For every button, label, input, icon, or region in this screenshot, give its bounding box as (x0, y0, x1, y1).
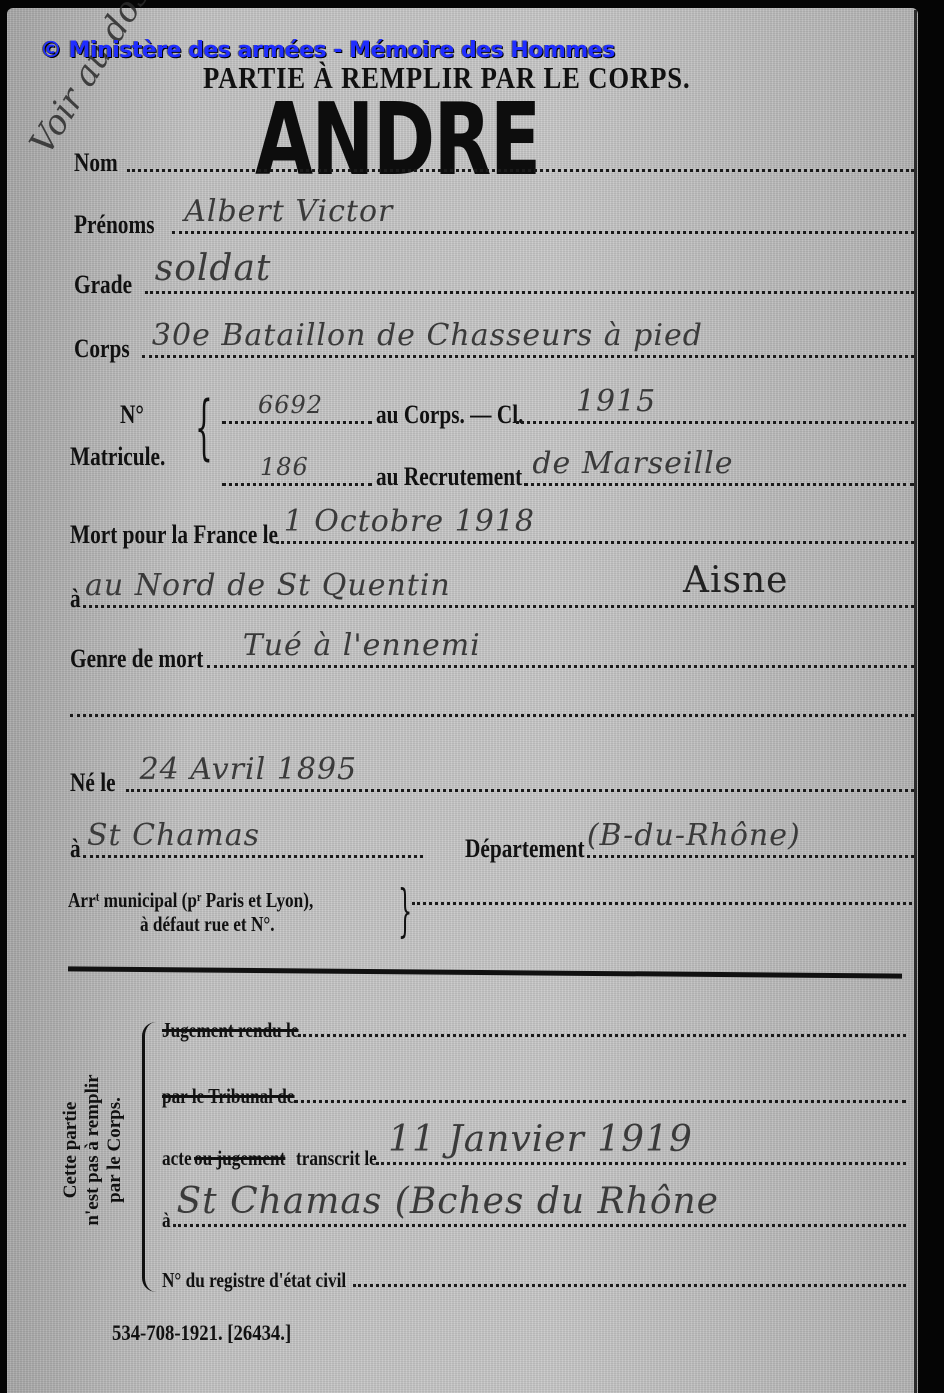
naissance-date-label: Né le (70, 770, 116, 796)
classe-value: 1915 (576, 384, 656, 419)
acte-lieu-label: à (162, 1210, 171, 1231)
nom-label: Nom (74, 150, 118, 176)
tribunal-field (294, 1100, 906, 1103)
departement-label: Département (465, 836, 585, 862)
nom-row: Nom (74, 150, 914, 176)
matricule-recrutement-row: 186 au Recrutement de Marseille (222, 464, 914, 490)
acte-row: acte ou jugement transcrit le 11 Janvier… (162, 1148, 906, 1169)
mort-lieu-value: au Nord de St Quentin (85, 568, 451, 603)
genre-mort-field: Tué à l'ennemi (207, 665, 914, 668)
side-note-line-3: par le Corps. (104, 1060, 126, 1240)
tribunal-row: par le Tribunal de (162, 1086, 906, 1107)
recrutement-place-field: de Marseille (524, 483, 914, 486)
side-note-line-2: n'est pas à remplir (82, 1060, 104, 1240)
naissance-lieu-value: St Chamas (87, 818, 260, 853)
matricule-label-top: N° (120, 402, 144, 428)
recrutement-place-value: de Marseille (532, 446, 733, 481)
acte-field: 11 Janvier 1919 (376, 1162, 906, 1165)
jugement-field (298, 1034, 906, 1037)
naissance-lieu-field: St Chamas (83, 855, 423, 858)
card-edge (914, 10, 917, 1393)
matricule-brace: { (195, 392, 213, 462)
acte-lieu-row: à St Chamas (Bches du Rhône (162, 1210, 906, 1231)
acte-value: 11 Janvier 1919 (388, 1119, 693, 1160)
naissance-date-row: Né le 24 Avril 1895 (70, 770, 914, 796)
genre-mort-label: Genre de mort (70, 646, 203, 672)
mort-date-row: Mort pour la France le 1 Octobre 1918 (70, 522, 914, 548)
genre-mort-value: Tué à l'ennemi (243, 628, 481, 663)
grade-value: soldat (155, 248, 272, 289)
recrutement-number-value: 186 (260, 453, 309, 481)
corps-number-field: 6692 (222, 421, 372, 424)
corps-number-value: 6692 (258, 391, 323, 419)
grade-label: Grade (74, 272, 132, 298)
matricule-label-bottom: Matricule. (70, 444, 165, 470)
mort-lieu-departement: Aisne (683, 560, 788, 601)
naissance-date-value: 24 Avril 1895 (140, 752, 358, 787)
prenoms-row: Prénoms Albert Victor (74, 212, 914, 238)
prenoms-value: Albert Victor (184, 194, 393, 229)
departement-value: (B-du-Rhône) (587, 818, 801, 853)
naissance-date-field: 24 Avril 1895 (126, 789, 914, 792)
recrutement-label: au Recrutement (376, 464, 522, 490)
mort-date-label: Mort pour la France le (70, 522, 278, 548)
jugement-row: Jugement rendu le (162, 1020, 906, 1041)
mort-lieu-row: à au Nord de St Quentin Aisne (70, 586, 914, 612)
mort-date-value: 1 Octobre 1918 (284, 504, 535, 539)
arrondissement-brace: } (398, 884, 412, 940)
acte-label-1: acte (162, 1148, 192, 1169)
departement-field: (B-du-Rhône) (587, 855, 914, 858)
registre-row: N° du registre d'état civil (162, 1270, 906, 1291)
recrutement-number-field: 186 (222, 483, 372, 486)
acte-label-3: transcrit le (296, 1148, 377, 1169)
naissance-lieu-label: à (70, 836, 81, 862)
registre-field (353, 1284, 906, 1287)
mort-date-field: 1 Octobre 1918 (276, 541, 914, 544)
tribunal-label: par le Tribunal de (162, 1086, 295, 1107)
grade-field: soldat (145, 291, 914, 294)
acte-lieu-field: St Chamas (Bches du Rhône (173, 1224, 907, 1227)
copyright-watermark: © Ministère des armées - Mémoire des Hom… (40, 38, 615, 63)
lower-section-brace (142, 1022, 159, 1292)
jugement-label: Jugement rendu le (162, 1020, 298, 1041)
acte-label-2: ou jugement (194, 1148, 285, 1169)
arrondissement-label-2: à défaut rue et N°. (140, 914, 275, 935)
corps-value: 30e Bataillon de Chasseurs à pied (152, 318, 703, 353)
corps-row: Corps 30e Bataillon de Chasseurs à pied (74, 336, 914, 362)
prenoms-label: Prénoms (74, 212, 155, 238)
side-note: Cette partie n'est pas à remplir par le … (60, 1060, 126, 1240)
acte-lieu-value: St Chamas (Bches du Rhône (177, 1181, 719, 1222)
grade-row: Grade soldat (74, 272, 914, 298)
genre-mort-row: Genre de mort Tué à l'ennemi (70, 646, 914, 672)
naissance-lieu-row: à St Chamas Département (B-du-Rhône) (70, 836, 914, 862)
corps-field: 30e Bataillon de Chasseurs à pied (142, 355, 914, 358)
print-reference-code: 534-708-1921. [26434.] (112, 1320, 291, 1346)
arrondissement-field (412, 902, 912, 905)
corps-label: Corps (74, 336, 130, 362)
classe-field: 1915 (516, 421, 914, 424)
mort-lieu-field: au Nord de St Quentin Aisne (83, 605, 914, 608)
arrondissement-label-1: Arrᵗ municipal (pʳ Paris et Lyon), (68, 890, 313, 911)
side-note-line-1: Cette partie (60, 1060, 82, 1240)
arrondissement-row (412, 902, 912, 909)
registre-label: N° du registre d'état civil (162, 1270, 346, 1291)
prenoms-field: Albert Victor (172, 231, 914, 234)
blank-line (70, 714, 914, 717)
nom-field (127, 169, 914, 172)
corps-classe-label: au Corps. — Cl. (376, 402, 523, 428)
matricule-corps-row: 6692 au Corps. — Cl. 1915 (222, 402, 914, 428)
mort-lieu-label: à (70, 586, 81, 612)
blank-line-row (70, 714, 914, 721)
